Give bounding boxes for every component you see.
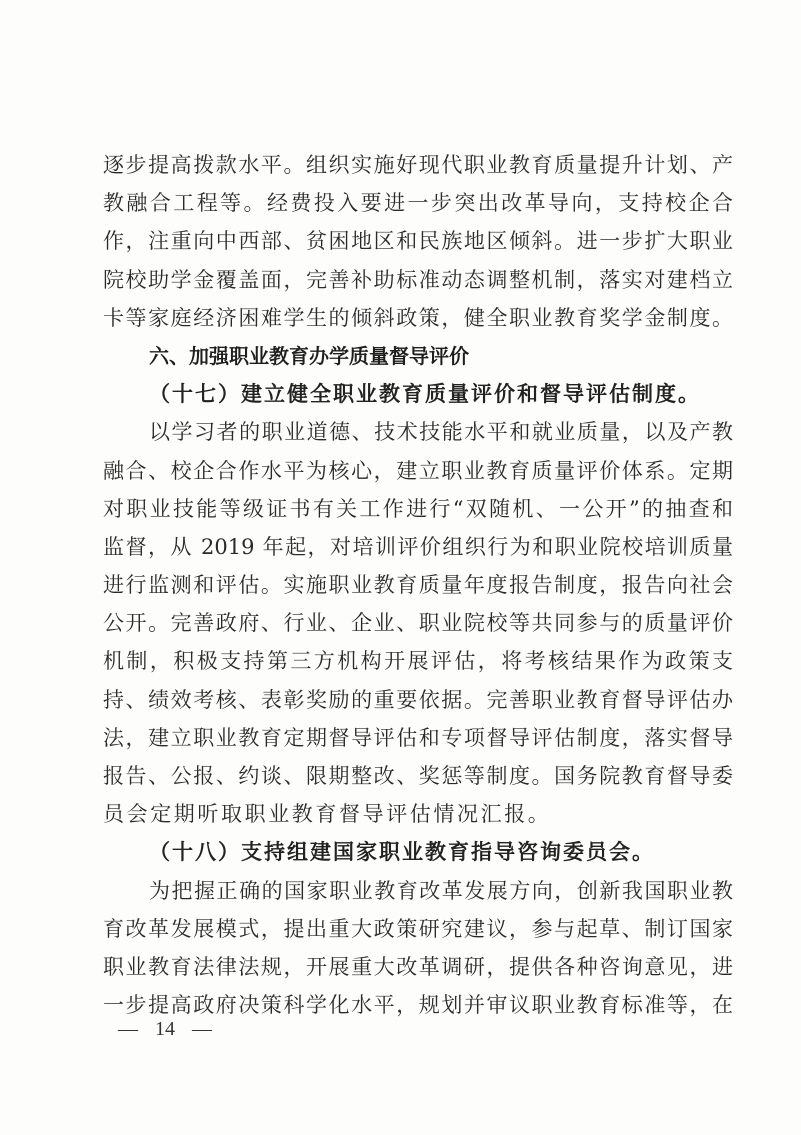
body-line: 进行监测和评估。实施职业教育质量年度报告制度，报告向社会 (103, 566, 733, 604)
body-line: 融合、校企合作水平为核心，建立职业教育质量评价体系。定期 (103, 452, 733, 490)
body-line: 教融合工程等。经费投入要进一步突出改革导向，支持校企合 (103, 184, 733, 222)
body-line: 对职业技能等级证书有关工作进行“双随机、一公开”的抽查和 (103, 490, 733, 528)
body-line: 院校助学金覆盖面，完善补助标准动态调整机制，落实对建档立 (103, 261, 733, 299)
body-line: 法，建立职业教育定期督导评估和专项督导评估制度，落实督导 (103, 719, 733, 757)
body-line: 卡等家庭经济困难学生的倾斜政策，健全职业教育奖学金制度。 (103, 299, 733, 337)
page-number: — 14 — (118, 1018, 212, 1041)
section-heading: 六、加强职业教育办学质量督导评价 (103, 337, 733, 375)
body-line: 育改革发展模式，提出重大政策研究建议，参与起草、制订国家 (103, 910, 733, 948)
body-line: 持、绩效考核、表彰奖励的重要依据。完善职业教育督导评估办 (103, 681, 733, 719)
body-line: 机制，积极支持第三方机构开展评估，将考核结果作为政策支 (103, 642, 733, 680)
body-line: 为把握正确的国家职业教育改革发展方向，创新我国职业教 (103, 872, 733, 910)
subsection-heading: （十七）建立健全职业教育质量评价和督导评估制度。 (103, 375, 733, 413)
document-page: 逐步提高拨款水平。组织实施好现代职业教育质量提升计划、产 教融合工程等。经费投入… (103, 146, 733, 1024)
body-line: 员会定期听取职业教育督导评估情况汇报。 (103, 795, 733, 833)
body-line: 公开。完善政府、行业、企业、职业院校等共同参与的质量评价 (103, 604, 733, 642)
body-line: 逐步提高拨款水平。组织实施好现代职业教育质量提升计划、产 (103, 146, 733, 184)
body-line: 作，注重向中西部、贫困地区和民族地区倾斜。进一步扩大职业 (103, 222, 733, 260)
body-line: 职业教育法律法规，开展重大改革调研，提供各种咨询意见，进 (103, 948, 733, 986)
body-line: 报告、公报、约谈、限期整改、奖惩等制度。国务院教育督导委 (103, 757, 733, 795)
body-line: 以学习者的职业道德、技术技能水平和就业质量，以及产教 (103, 413, 733, 451)
subsection-heading: （十八）支持组建国家职业教育指导咨询委员会。 (103, 833, 733, 871)
body-line: 监督，从 2019 年起，对培训评价组织行为和职业院校培训质量 (103, 528, 733, 566)
